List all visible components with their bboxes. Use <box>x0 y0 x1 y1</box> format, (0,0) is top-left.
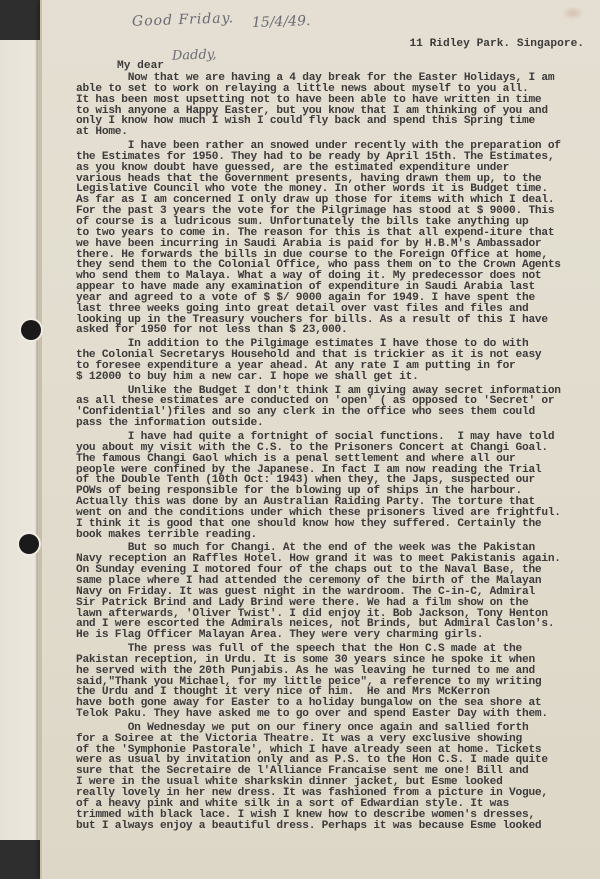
text-line: trimmed with black lace. I wish I knew h… <box>76 810 596 821</box>
text-line: It has been most upsetting not to have b… <box>76 95 596 106</box>
punch-hole-top <box>21 320 41 340</box>
text-line: $ 12000 to buy him a new car. I hope we … <box>76 372 596 383</box>
punch-hole-bottom <box>19 534 39 554</box>
letter-body: Now that we are having a 4 day break for… <box>76 73 596 831</box>
text-line: book makes terrible reading. <box>76 530 596 541</box>
text-line: pass the information outside. <box>76 418 596 429</box>
text-line: Sir Patrick Brind and Lady Brind were th… <box>76 598 596 609</box>
text-line: we have been incurring in Saudi Arabia i… <box>76 239 596 250</box>
text-line: only I know how much I wish I could fly … <box>76 116 596 127</box>
text-line: but I always enjoy a beautiful dress. Pe… <box>76 821 596 832</box>
text-line: The famous Changi Gaol which is a penal … <box>76 454 596 465</box>
text-line: for a Soiree at the Victoria Theatre. It… <box>76 734 596 745</box>
handwritten-date: 15/4/49. <box>252 13 311 31</box>
text-line: last three weeks going into great detail… <box>76 304 596 315</box>
salutation-typed: My dear <box>117 60 164 72</box>
text-line: at Home. <box>76 127 596 138</box>
text-line: he served with the 20th Punjabis. As he … <box>76 666 596 677</box>
text-line: He is Flag Officer Malayan Area. They we… <box>76 630 596 641</box>
back-page-edge <box>36 40 38 840</box>
handwritten-recipient: Daddy, <box>172 47 217 64</box>
handwritten-day: Good Friday. <box>132 10 235 30</box>
text-line: Telok Paku. They have asked me to go ove… <box>76 709 596 720</box>
text-line: asked for 1950 for not less than $ 23,00… <box>76 325 596 336</box>
paper-stain <box>562 6 584 20</box>
salutation: My dear <box>117 60 164 72</box>
document-scan: Good Friday. 15/4/49. 11 Ridley Park. Si… <box>0 0 600 879</box>
sender-address: 11 Ridley Park. Singapore. <box>409 38 584 50</box>
text-line: as you know doubt have guessed, are the … <box>76 163 596 174</box>
text-line: I think it is good that one should know … <box>76 519 596 530</box>
